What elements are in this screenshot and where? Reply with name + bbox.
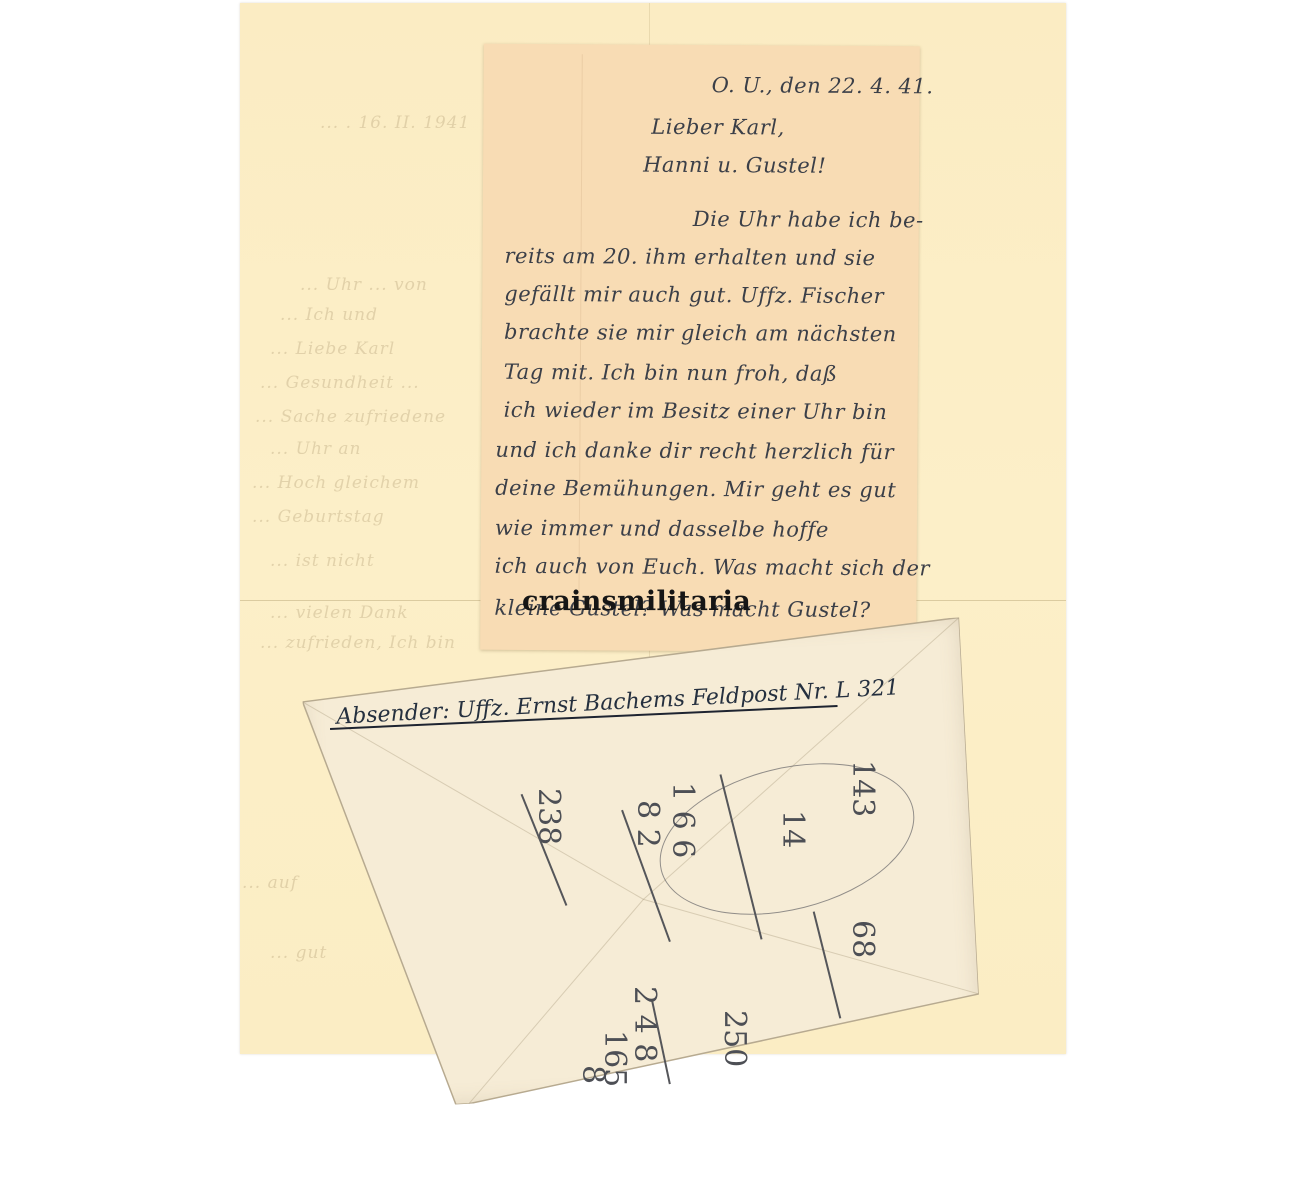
bleed-through-text: ... . 16. II. 1941 [320, 113, 470, 127]
card-text-line: deine Bemühungen. Mir geht es gut [495, 476, 896, 502]
pencil-note: 1 6 6 [665, 782, 700, 858]
card-text-line: reits am 20. ihm erhalten und sie [504, 244, 875, 270]
card-text-line: Tag mit. Ich bin nun froh, daß [504, 360, 838, 386]
bleed-through-text: ... Liebe Karl [270, 339, 395, 353]
bleed-through-text: ... Gesundheit ... [260, 373, 420, 387]
bleed-through-text: ... Uhr ... von [300, 275, 428, 289]
pencil-note: 14 [775, 810, 810, 848]
pencil-note: 8 2 [630, 800, 665, 848]
watermark-text: crainsmilitaria [522, 586, 751, 617]
card-dateline: O. U., den 22. 4. 41. [712, 73, 934, 98]
pencil-note: 143 [845, 760, 880, 817]
card-text-line: ich auch von Euch. Was macht sich der [495, 554, 930, 581]
card-text-line: wie immer und dasselbe hoffe [495, 516, 829, 542]
card-salutation: Hanni u. Gustel! [643, 153, 826, 178]
card-text-line: Die Uhr habe ich be- [693, 207, 924, 232]
bleed-through-text: ... auf [242, 873, 298, 887]
pencil-note: 68 [845, 920, 880, 958]
bleed-through-text: ... Geburtstag [252, 507, 385, 521]
pencil-note: 8 [575, 1065, 610, 1084]
handwritten-card: O. U., den 22. 4. 41. Lieber Karl, Hanni… [480, 44, 920, 653]
card-text-line: und ich danke dir recht herzlich für [495, 438, 894, 464]
pencil-note: 238 [531, 788, 566, 845]
card-text-line: gefällt mir auch gut. Uffz. Fischer [504, 282, 884, 308]
bleed-through-text: ... Hoch gleichem [252, 473, 420, 487]
card-text-line: ich wieder im Besitz einer Uhr bin [504, 398, 888, 424]
bleed-through-text: ... Sache zufriedene [255, 407, 446, 421]
bleed-through-text: ... Uhr an [270, 439, 362, 453]
card-text-line: brachte sie mir gleich am nächsten [504, 320, 897, 346]
pencil-note: 250 [717, 1010, 752, 1067]
card-salutation: Lieber Karl, [651, 115, 784, 140]
bleed-through-text: ... Ich und [280, 305, 378, 319]
bleed-through-text: ... vielen Dank [270, 603, 409, 617]
bleed-through-text: ... ist nicht [270, 551, 375, 565]
